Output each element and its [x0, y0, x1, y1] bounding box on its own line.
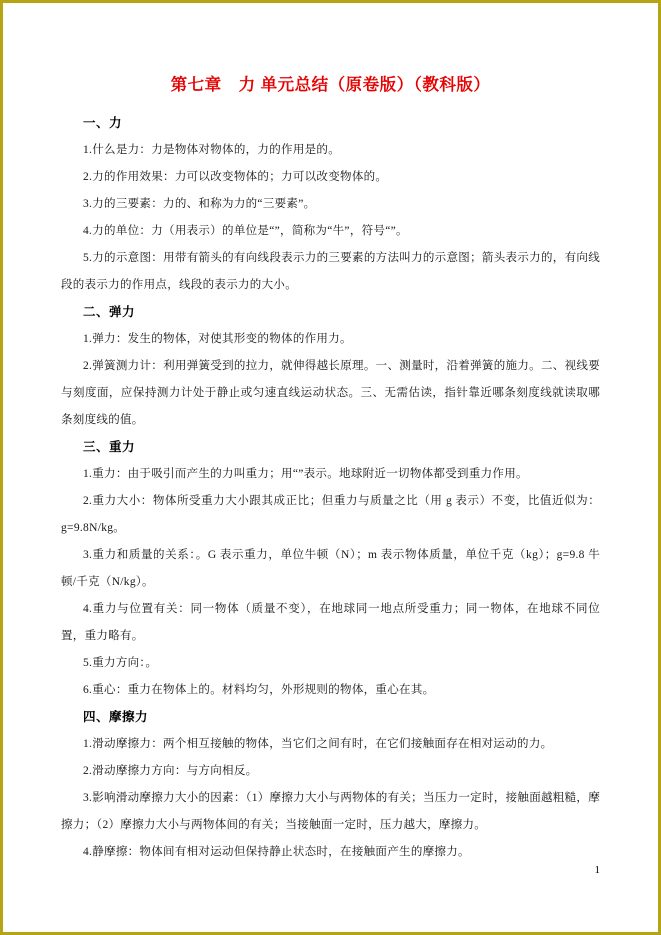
paragraph: 1.弹力：发生的物体，对使其形变的物体的作用力。 [61, 326, 600, 353]
section-elastic-force: 二、弹力 1.弹力：发生的物体，对使其形变的物体的作用力。 2.弹簧测力计：利用… [61, 299, 600, 434]
paragraph: 4.静摩擦：物体间有相对运动但保持静止状态时，在接触面产生的摩擦力。 [61, 839, 600, 866]
paragraph: 2.弹簧测力计：利用弹簧受到的拉力，就伸得越长原理。一、测量时，沿着弹簧的施力。… [61, 353, 600, 434]
paragraph: 2.重力大小：物体所受重力大小跟其成正比；但重力与质量之比（用 g 表示）不变，… [61, 488, 600, 542]
paragraph: 4.力的单位：力（用表示）的单位是“”，简称为“牛”，符号“”。 [61, 218, 600, 245]
section-heading-elastic-force: 二、弹力 [61, 299, 600, 326]
paragraph: 5.力的示意图：用带有箭头的有向线段表示力的三要素的方法叫力的示意图；箭头表示力… [61, 245, 600, 299]
paragraph: 2.力的作用效果：力可以改变物体的；力可以改变物体的。 [61, 164, 600, 191]
section-heading-friction: 四、摩擦力 [61, 704, 600, 731]
document-title: 第七章 力 单元总结（原卷版）（教科版） [61, 73, 600, 97]
section-heading-gravity: 三、重力 [61, 434, 600, 461]
paragraph: 1.滑动摩擦力：两个相互接触的物体，当它们之间有时，在它们接触面存在相对运动的力… [61, 731, 600, 758]
paragraph: 4.重力与位置有关：同一物体（质量不变），在地球同一地点所受重力；同一物体，在地… [61, 596, 600, 650]
section-gravity: 三、重力 1.重力：由于吸引而产生的力叫重力；用“”表示。地球附近一切物体都受到… [61, 434, 600, 704]
paragraph: 6.重心：重力在物体上的。材料均匀，外形规则的物体，重心在其。 [61, 677, 600, 704]
document-page: 第七章 力 单元总结（原卷版）（教科版） 一、力 1.什么是力：力是物体对物体的… [0, 0, 661, 935]
paragraph: 1.重力：由于吸引而产生的力叫重力；用“”表示。地球附近一切物体都受到重力作用。 [61, 461, 600, 488]
page-number: 1 [595, 863, 601, 877]
section-friction: 四、摩擦力 1.滑动摩擦力：两个相互接触的物体，当它们之间有时，在它们接触面存在… [61, 704, 600, 866]
paragraph: 2.滑动摩擦力方向：与方向相反。 [61, 758, 600, 785]
paragraph: 3.力的三要素：力的、和称为力的“三要素”。 [61, 191, 600, 218]
paragraph: 3.影响滑动摩擦力大小的因素：（1）摩擦力大小与两物体的有关；当压力一定时，接触… [61, 785, 600, 839]
section-force: 一、力 1.什么是力：力是物体对物体的，力的作用是的。 2.力的作用效果：力可以… [61, 110, 600, 299]
paragraph: 5.重力方向：。 [61, 650, 600, 677]
section-heading-force: 一、力 [61, 110, 600, 137]
paragraph: 1.什么是力：力是物体对物体的，力的作用是的。 [61, 137, 600, 164]
paragraph: 3.重力和质量的关系：。G 表示重力，单位牛顿（N）；m 表示物体质量，单位千克… [61, 542, 600, 596]
